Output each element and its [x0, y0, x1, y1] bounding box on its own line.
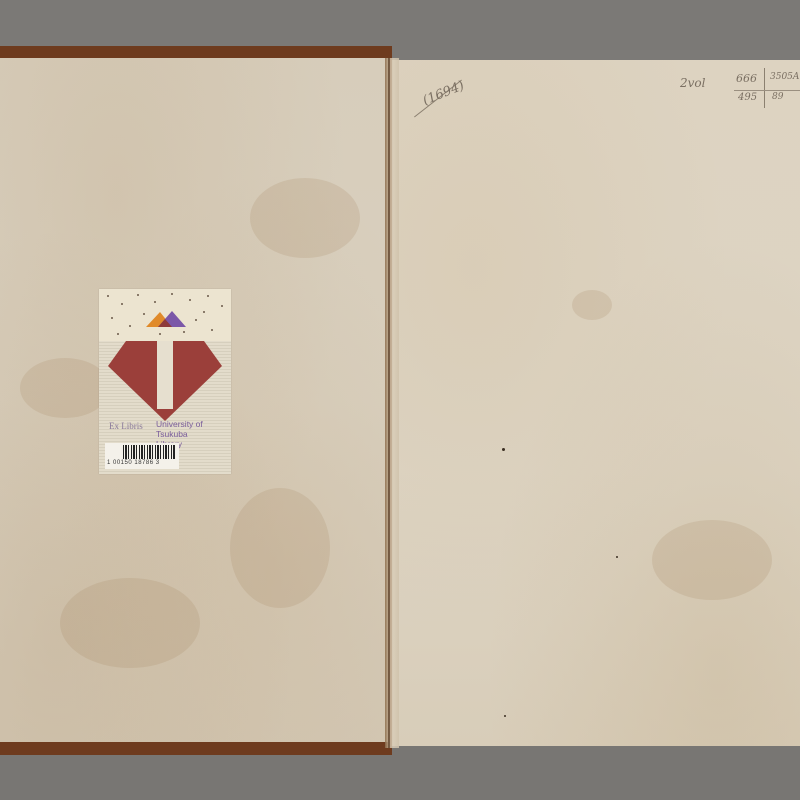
flyleaf-page [392, 60, 800, 746]
foxing-stain [20, 358, 110, 418]
catalog-divider-horizontal [734, 90, 800, 91]
mountain-logo-icon [146, 310, 186, 327]
institution-line-1: University of Tsukuba [156, 419, 231, 439]
catalog-number-top-right: 3505A [770, 72, 799, 82]
catalog-divider-vertical [764, 68, 765, 108]
catalog-number-bottom-left: 495 [738, 92, 757, 103]
ex-libris-label: Ex Libris [109, 421, 143, 431]
ink-speck [504, 715, 506, 717]
bookplate: Ex Libris University of Tsukuba Library … [99, 289, 231, 474]
catalog-number-top-left: 666 [736, 72, 757, 85]
handwritten-volumes: 2vol [680, 76, 705, 90]
barcode-number: 1 00150 18786 3 [107, 460, 160, 466]
foxing-stain [572, 290, 612, 320]
gutter-fold [388, 58, 390, 748]
barcode-icon [123, 445, 175, 459]
catalog-number-bottom-right: 89 [772, 92, 783, 102]
ink-speck [616, 556, 618, 558]
foxing-stain [652, 520, 772, 600]
foxing-stain [250, 178, 360, 258]
bookplate-header [99, 289, 231, 341]
barcode-label: 1 00150 18786 3 [105, 443, 179, 469]
tsukuba-diamond-emblem-icon [108, 341, 222, 421]
foxing-stain [230, 488, 330, 608]
foxing-stain [60, 578, 200, 668]
background-top [0, 0, 800, 50]
ink-speck [502, 448, 505, 451]
